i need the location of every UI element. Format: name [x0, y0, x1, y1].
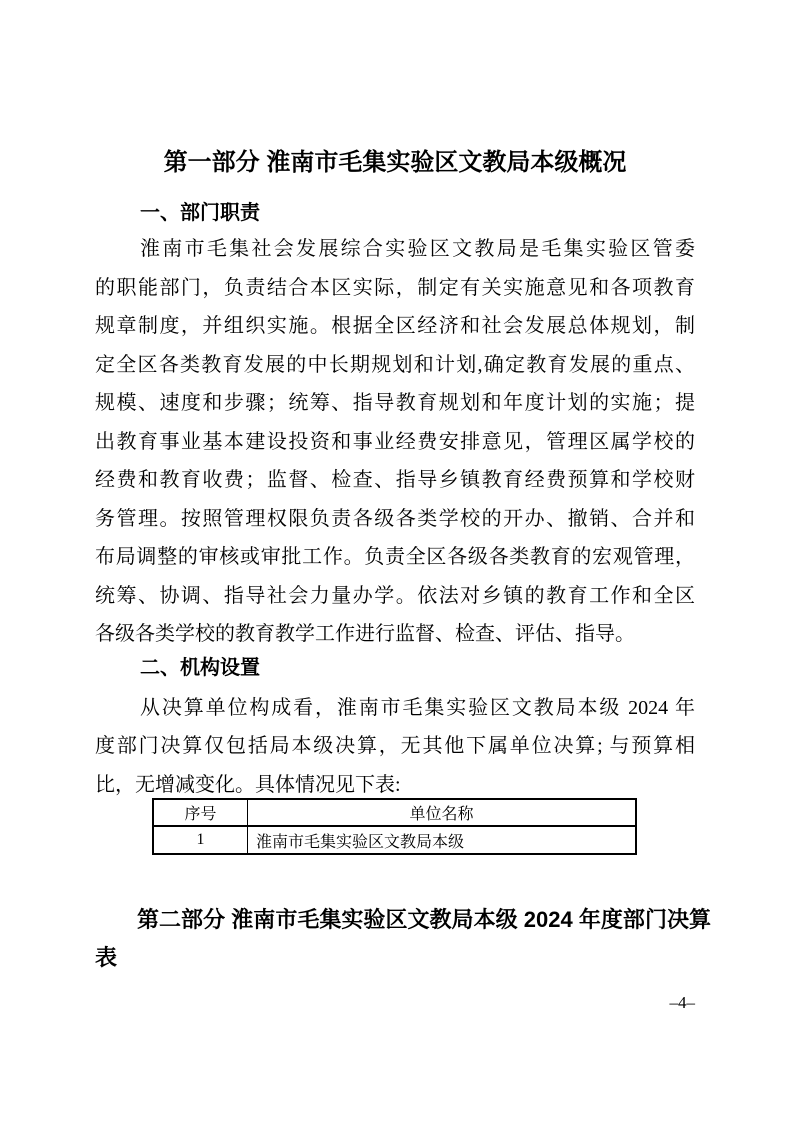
body-line: 务管理。按照管理权限负责各级各类学校的开办、撤销、合并和	[95, 500, 695, 539]
table-cell-index: 1	[153, 826, 248, 854]
body-line: 淮南市毛集社会发展综合实验区文教局是毛集实验区管委	[95, 230, 695, 269]
body-line: 规章制度，并组织实施。根据全区经济和社会发展总体规划，制	[95, 307, 695, 346]
org-units-table: 序号 单位名称 1 淮南市毛集实验区文教局本级	[152, 798, 637, 855]
body-line: 定全区各类教育发展的中长期规划和计划,确定教育发展的重点、	[95, 346, 695, 385]
body-line: 的职能部门，负责结合本区实际，制定有关实施意见和各项教育	[95, 269, 695, 308]
body-line: 从决算单位构成看，淮南市毛集实验区文教局本级 2024 年	[95, 689, 695, 728]
body-line: 布局调整的审核或审批工作。负责全区各级各类教育的宏观管理，	[95, 538, 695, 577]
body-line: 各级各类学校的教育教学工作进行监督、检查、评估、指导。	[95, 615, 695, 654]
part2-title-line: 第二部分 淮南市毛集实验区文教局本级 2024 年度部门决算	[95, 901, 711, 939]
page-content: 第一部分 淮南市毛集实验区文教局本级概况 一、部门职责 淮南市毛集社会发展综合实…	[95, 0, 695, 1013]
part2-title-line: 表	[95, 939, 695, 977]
page-number: –4–	[95, 993, 695, 1013]
document-page: 第一部分 淮南市毛集实验区文教局本级概况 一、部门职责 淮南市毛集社会发展综合实…	[0, 0, 793, 1122]
part1-title: 第一部分 淮南市毛集实验区文教局本级概况	[95, 146, 695, 180]
section2-paragraph: 从决算单位构成看，淮南市毛集实验区文教局本级 2024 年 度部门决算仅包括局本…	[95, 689, 695, 805]
table-cell-unit-name: 淮南市毛集实验区文教局本级	[248, 826, 637, 854]
body-line: 规模、速度和步骤；统筹、指导教育规划和年度计划的实施；提	[95, 384, 695, 423]
section2-heading: 二、机构设置	[95, 657, 695, 679]
part2-title: 第二部分 淮南市毛集实验区文教局本级 2024 年度部门决算 表	[95, 901, 695, 977]
body-line: 统筹、协调、指导社会力量办学。依法对乡镇的教育工作和全区	[95, 577, 695, 616]
body-line: 度部门决算仅包括局本级决算，无其他下属单位决算; 与预算相	[95, 727, 695, 766]
body-line: 出教育事业基本建设投资和事业经费安排意见，管理区属学校的	[95, 423, 695, 462]
body-line: 经费和教育收费；监督、检查、指导乡镇教育经费预算和学校财	[95, 461, 695, 500]
section1-paragraph: 淮南市毛集社会发展综合实验区文教局是毛集实验区管委 的职能部门，负责结合本区实际…	[95, 230, 695, 654]
section1-heading: 一、部门职责	[95, 202, 695, 224]
table-row: 1 淮南市毛集实验区文教局本级	[153, 826, 636, 854]
